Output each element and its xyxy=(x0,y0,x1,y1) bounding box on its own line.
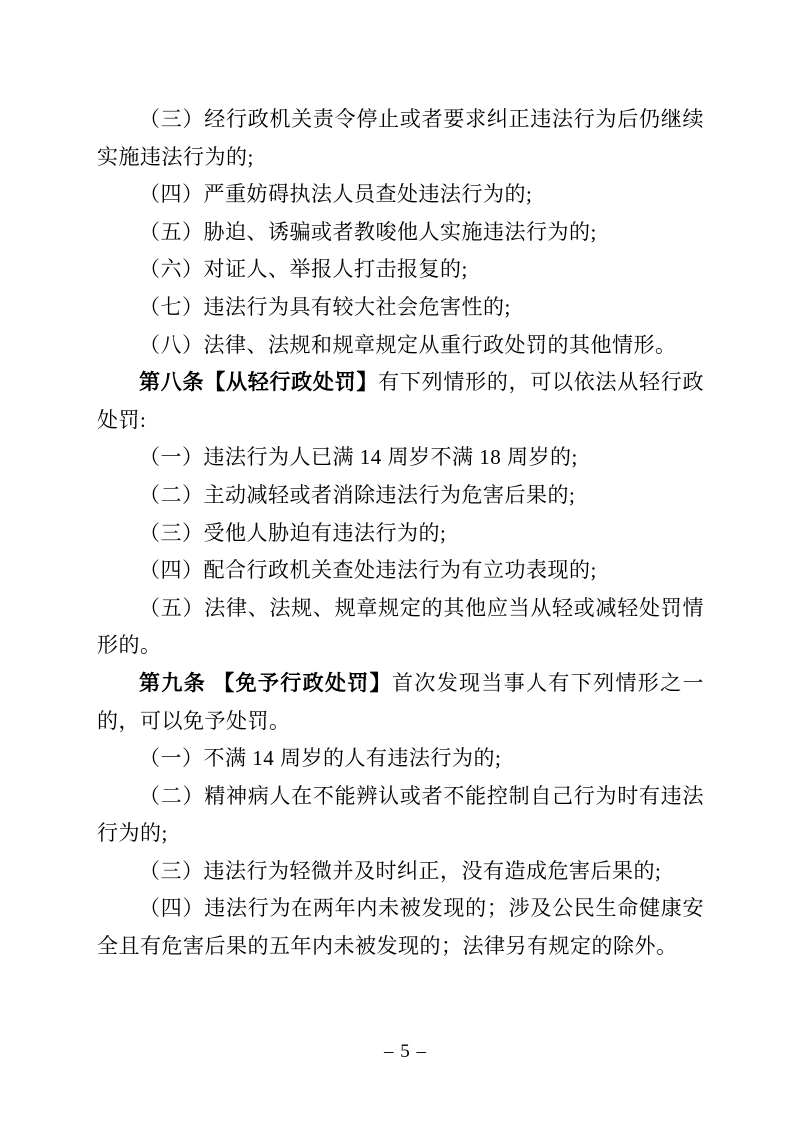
paragraph-text: （四）配合行政机关查处违法行为有立功表现的; xyxy=(139,558,597,582)
paragraph-text: （六）对证人、举报人打击报复的; xyxy=(139,257,468,281)
paragraph-text: （五）法律、法规、规章规定的其他应当从轻或减轻处罚情形的。 xyxy=(97,596,704,658)
document-page: （三）经行政机关责令停止或者要求纠正违法行为后仍继续实施违法行为的; （四）严重… xyxy=(0,0,793,1122)
paragraph: （四）配合行政机关查处违法行为有立功表现的; xyxy=(97,552,704,590)
paragraph: （二）主动减轻或者消除违法行为危害后果的; xyxy=(97,477,704,515)
paragraph: （三）受他人胁迫有违法行为的; xyxy=(97,515,704,553)
paragraph-text: （二）精神病人在不能辨认或者不能控制自己行为时有违法行为的; xyxy=(97,784,704,846)
paragraph: （四）严重妨碍执法人员查处违法行为的; xyxy=(97,176,704,214)
paragraph-text: （七）违法行为具有较大社会危害性的; xyxy=(139,295,511,319)
paragraph-text: （四）违法行为在两年内未被发现的；涉及公民生命健康安全且有危害后果的五年内未被发… xyxy=(97,896,704,958)
paragraph: （八）法律、法规和规章规定从重行政处罚的其他情形。 xyxy=(97,327,704,365)
paragraph: （四）违法行为在两年内未被发现的；涉及公民生命健康安全且有危害后果的五年内未被发… xyxy=(97,890,704,965)
paragraph: （六）对证人、举报人打击报复的; xyxy=(97,251,704,289)
paragraph-text: （三）受他人胁迫有违法行为的; xyxy=(139,521,446,545)
paragraph: （五）胁迫、诱骗或者教唆他人实施违法行为的; xyxy=(97,214,704,252)
paragraph-text: （五）胁迫、诱骗或者教唆他人实施违法行为的; xyxy=(139,220,597,244)
paragraph: （一）不满 14 周岁的人有违法行为的; xyxy=(97,740,704,778)
paragraph: （五）法律、法规、规章规定的其他应当从轻或减轻处罚情形的。 xyxy=(97,590,704,665)
paragraph: （二）精神病人在不能辨认或者不能控制自己行为时有违法行为的; xyxy=(97,778,704,853)
paragraph-text: （一）违法行为人已满 14 周岁不满 18 周岁的; xyxy=(139,445,578,469)
paragraph: （七）违法行为具有较大社会危害性的; xyxy=(97,289,704,327)
paragraph-text: （四）严重妨碍执法人员查处违法行为的; xyxy=(139,182,532,206)
paragraph-text: （三）经行政机关责令停止或者要求纠正违法行为后仍继续实施违法行为的; xyxy=(97,107,704,169)
document-body: （三）经行政机关责令停止或者要求纠正违法行为后仍继续实施违法行为的; （四）严重… xyxy=(97,101,704,966)
paragraph: 第九条 【免予行政处罚】首次发现当事人有下列情形之一的，可以免予处罚。 xyxy=(97,665,704,740)
paragraph-text: （一）不满 14 周岁的人有违法行为的; xyxy=(139,746,501,770)
article-heading: 第八条【从轻行政处罚】 xyxy=(139,371,378,394)
paragraph: （一）违法行为人已满 14 周岁不满 18 周岁的; xyxy=(97,439,704,477)
paragraph: 第八条【从轻行政处罚】有下列情形的，可以依法从轻行政处罚: xyxy=(97,364,704,439)
page-number: – 5 – xyxy=(0,1041,793,1063)
paragraph-text: （二）主动减轻或者消除违法行为危害后果的; xyxy=(139,483,575,507)
article-heading: 第九条 【免予行政处罚】 xyxy=(139,672,392,695)
paragraph: （三）经行政机关责令停止或者要求纠正违法行为后仍继续实施违法行为的; xyxy=(97,101,704,176)
paragraph-text: （八）法律、法规和规章规定从重行政处罚的其他情形。 xyxy=(139,333,677,357)
paragraph-text: （三）违法行为轻微并及时纠正，没有造成危害后果的; xyxy=(139,859,661,883)
paragraph: （三）违法行为轻微并及时纠正，没有造成危害后果的; xyxy=(97,853,704,891)
